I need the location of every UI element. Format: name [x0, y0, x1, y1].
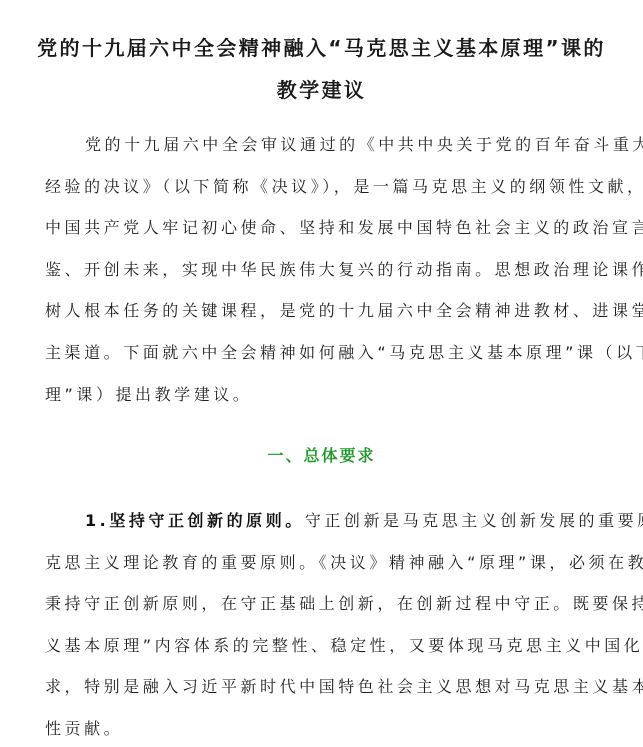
- intro-line: 党的十九届六中全会审议通过的《中共中央关于党的百年奋斗重大成就和历史: [45, 124, 598, 166]
- point-1-first-line: 1.坚持守正创新的原则。守正创新是马克思主义创新发展的重要原则，也是马: [45, 500, 598, 542]
- point-1-line: 性贡献。: [5, 708, 598, 747]
- section-heading-general-requirements: 一、总体要求: [0, 444, 643, 468]
- intro-paragraph: 党的十九届六中全会审议通过的《中共中央关于党的百年奋斗重大成就和历史 经验的决议…: [45, 124, 598, 415]
- intro-line: 鉴、开创未来，实现中华民族伟大复兴的行动指南。思想政治理论课作为落实立德: [5, 249, 598, 291]
- document-page: 党的十九届六中全会精神融入“马克思主义基本原理”课的 教学建议 党的十九届六中全…: [0, 0, 643, 747]
- intro-line: 经验的决议》（以下简称《决议》），是一篇马克思主义的纲领性文献，是新时代: [5, 166, 598, 208]
- point-1-line: 秉持守正创新原则，在守正基础上创新，在创新过程中守正。既要保持“马克思主: [5, 583, 598, 625]
- intro-line: 理”课）提出教学建议。: [5, 374, 598, 416]
- point-1-first-line-rest: 守正创新是马克思主义创新发展的重要原则，也是马: [305, 511, 643, 530]
- point-1-lead: 1.坚持守正创新的原则。: [85, 511, 305, 530]
- intro-line: 树人根本任务的关键课程，是党的十九届六中全会精神进教材、进课堂、进头脑的: [5, 290, 598, 332]
- point-1-paragraph: 1.坚持守正创新的原则。守正创新是马克思主义创新发展的重要原则，也是马 克思主义…: [45, 500, 598, 747]
- intro-line: 主渠道。下面就六中全会精神如何融入“马克思主义基本原理”课（以下简称“原: [5, 332, 598, 374]
- point-1-line: 克思主义理论教育的重要原则。《决议》精神融入“原理”课，必须在教育教学中: [5, 542, 598, 584]
- point-1-line: 义基本原理”内容体系的完整性、稳定性，又要体现马克思主义中国化时代化的要: [5, 625, 598, 667]
- point-1-line: 求，特别是融入习近平新时代中国特色社会主义思想对马克思主义基本原理的原创: [5, 666, 598, 708]
- document-title-line-2: 教学建议: [0, 77, 643, 103]
- intro-line: 中国共产党人牢记初心使命、坚持和发展中国特色社会主义的政治宣言，是以史为: [5, 207, 598, 249]
- document-title-line-1: 党的十九届六中全会精神融入“马克思主义基本原理”课的: [0, 35, 643, 61]
